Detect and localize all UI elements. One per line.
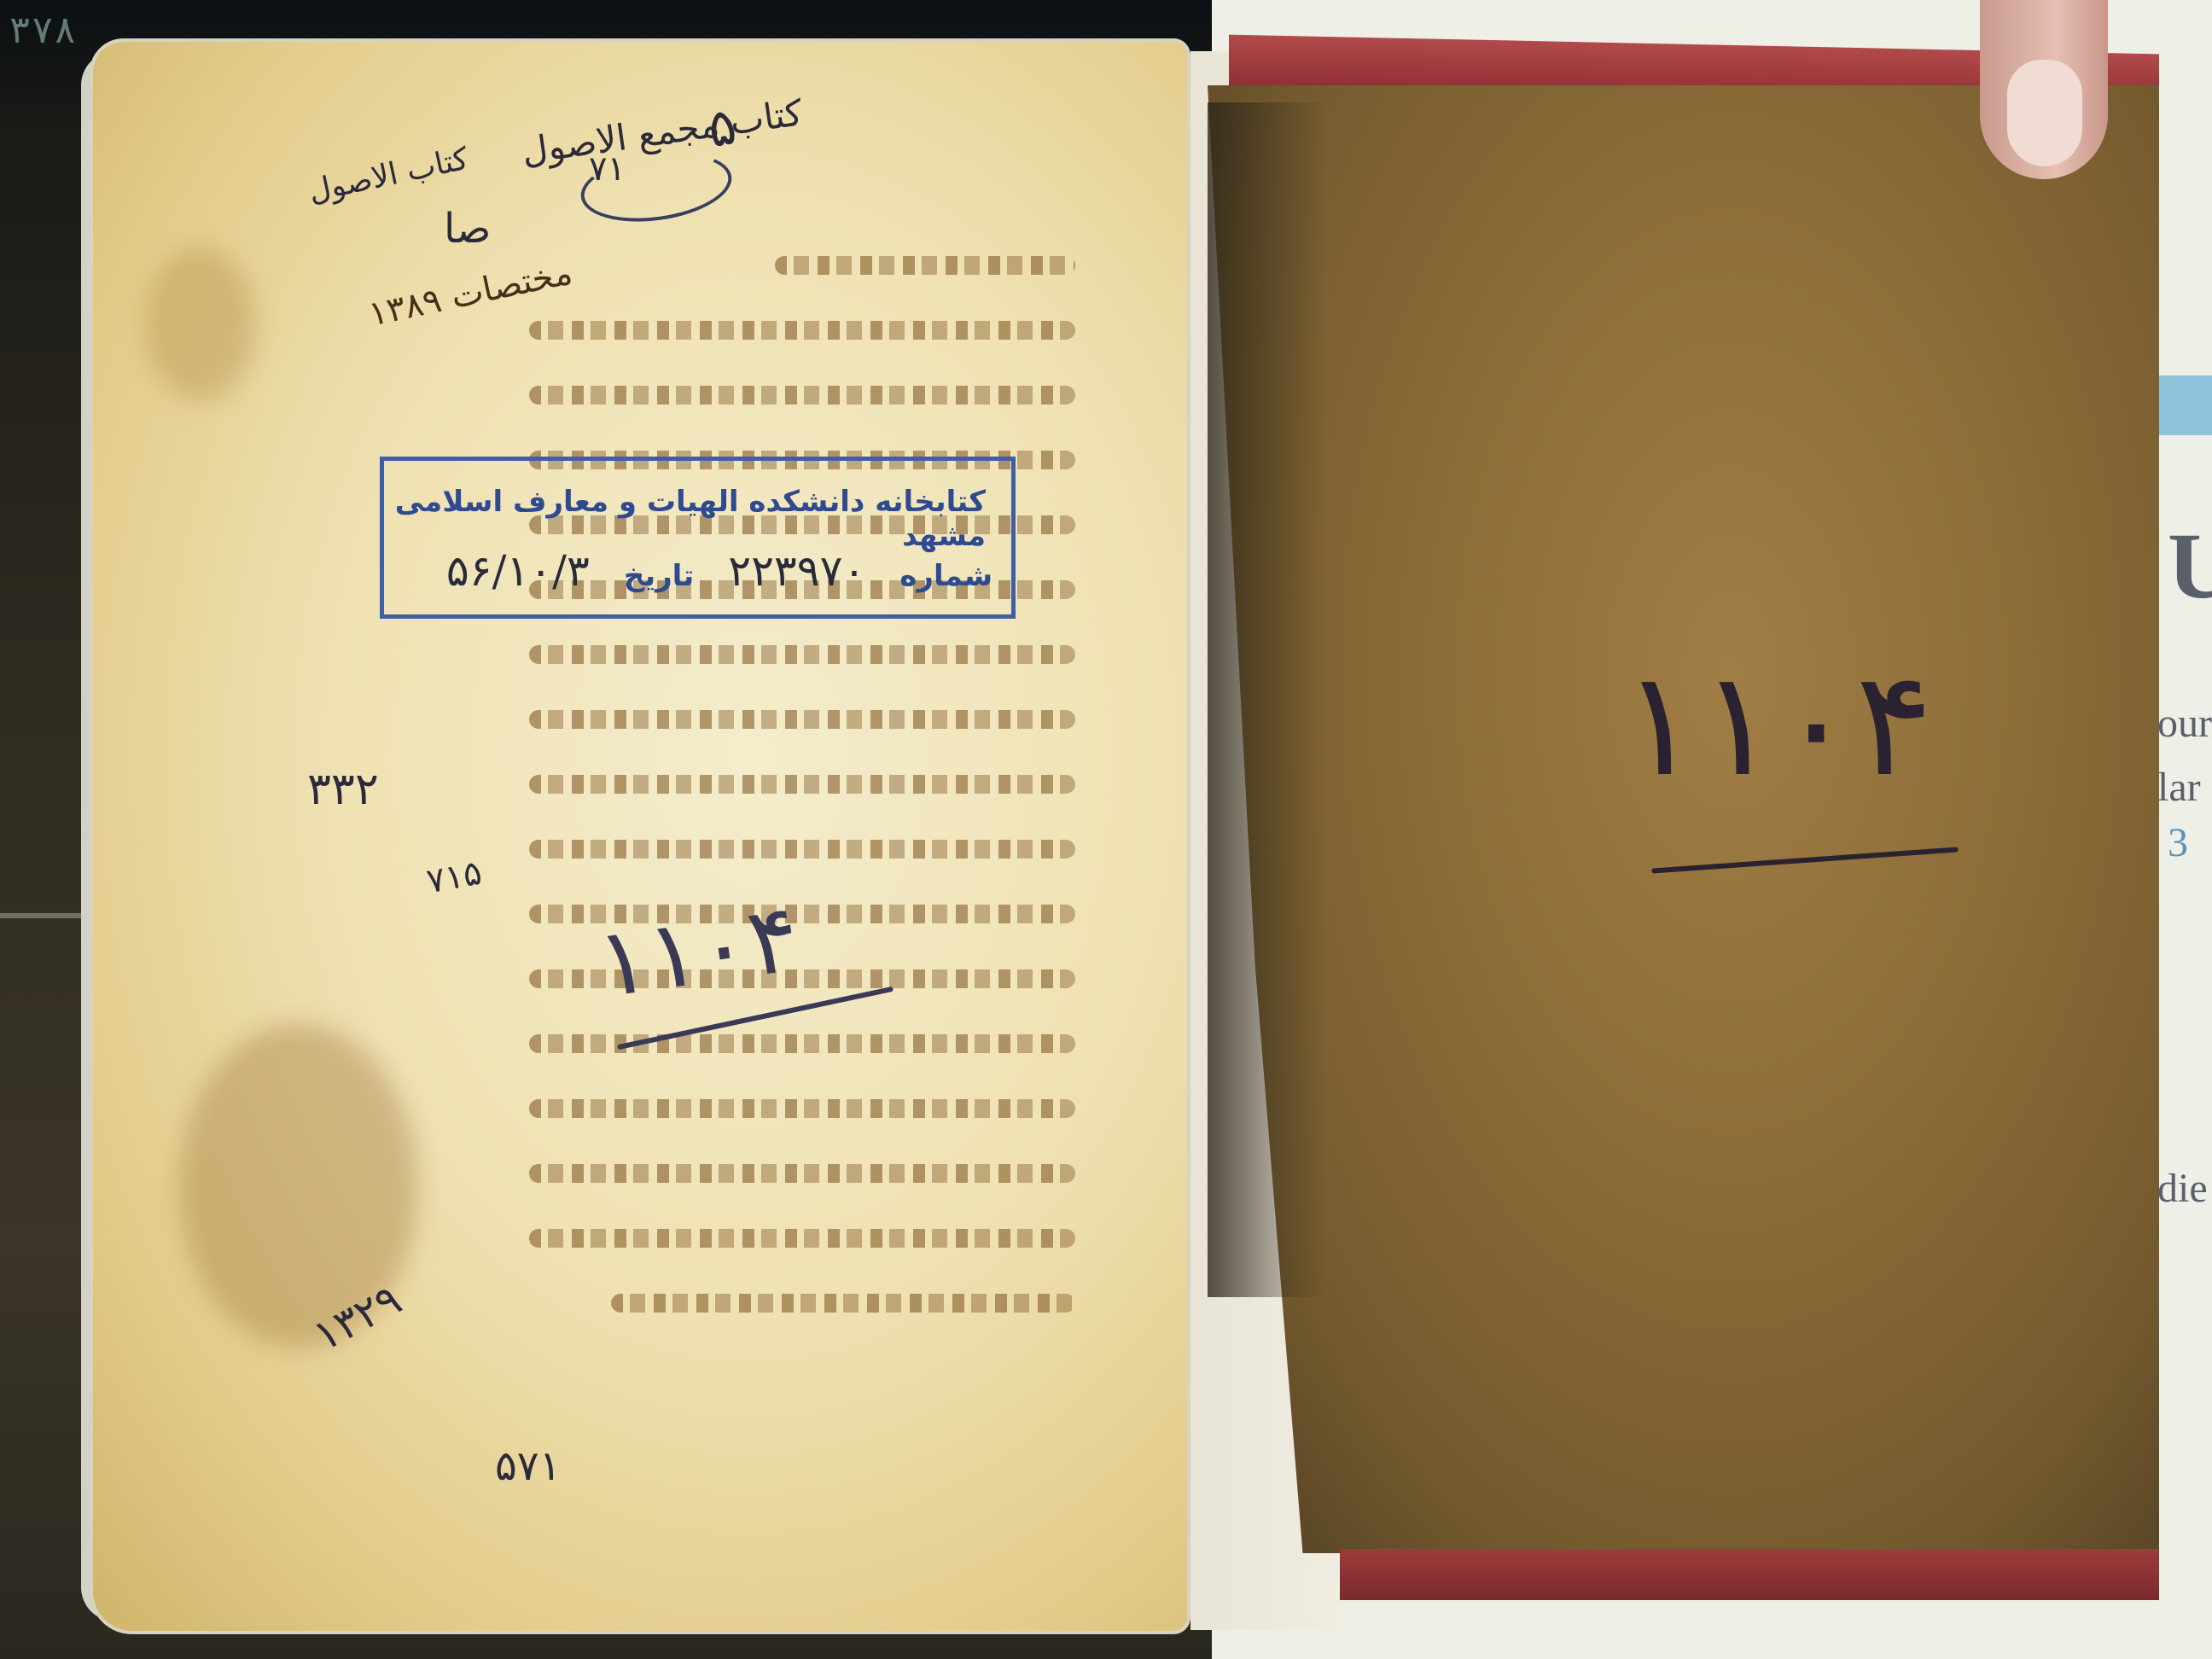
library-stamp: کتابخانه دانشکده الهیات و معارف اسلامی م… <box>380 457 1016 619</box>
background-text-fragment: lar <box>2157 764 2201 811</box>
text-line <box>529 775 1075 794</box>
handwritten-number: ۵۷۱ <box>495 1442 561 1490</box>
text-line <box>529 645 1075 664</box>
fingernail <box>2007 60 2082 166</box>
text-line <box>529 1034 1075 1053</box>
text-line <box>529 1164 1075 1183</box>
stamp-library-name: کتابخانه دانشکده الهیات و معارف اسلامی م… <box>384 485 986 553</box>
cover-catalogue-number: ۱۱۰۴ <box>1621 640 1933 809</box>
stamp-details: شماره ۲۲۳۹۷۰ تاریخ ۵۶/۱۰/۳ <box>403 546 992 596</box>
background-text-fragment: die <box>2157 1165 2208 1212</box>
handwritten-note: صا <box>444 205 491 253</box>
stamp-date-label: تاریخ <box>624 559 694 593</box>
text-line <box>529 386 1075 405</box>
stamp-date-value: ۵۶/۱۰/۳ <box>446 546 590 596</box>
background-text-fragment: U <box>2168 512 2212 620</box>
text-line <box>529 1099 1075 1118</box>
page-stain <box>145 247 256 401</box>
background-text-fragment: our <box>2157 700 2212 747</box>
cover-shadow <box>1208 102 1327 1297</box>
circled-number: ۷۱ <box>589 149 626 189</box>
manuscript-text-block <box>529 256 1075 1408</box>
background-label: ۳۷۸ <box>9 9 76 52</box>
text-line <box>611 1294 1075 1313</box>
leather-cover <box>1208 85 2159 1553</box>
red-spine-bottom <box>1340 1549 2159 1600</box>
background-document-band <box>2159 375 2212 435</box>
text-line <box>775 256 1075 275</box>
background-text-fragment: 3 <box>2168 819 2188 866</box>
text-line <box>529 321 1075 340</box>
text-line <box>529 1229 1075 1248</box>
handwritten-number: ۳۳۲ <box>307 764 379 815</box>
text-line <box>529 710 1075 729</box>
stamp-number-value: ۲۲۳۹۷۰ <box>728 546 865 596</box>
stamp-number-label: شماره <box>899 559 992 593</box>
text-line <box>529 840 1075 859</box>
